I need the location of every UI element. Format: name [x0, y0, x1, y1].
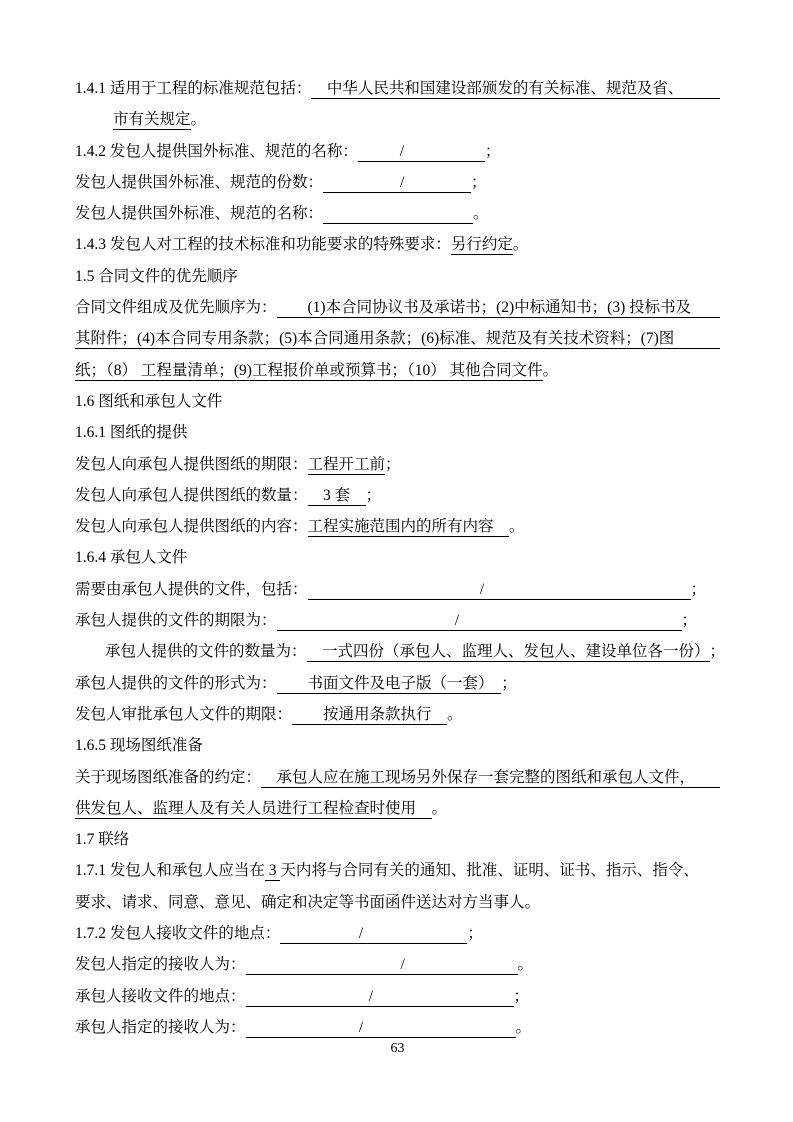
clause-1-5-line3: 纸；（8） 工程量清单；(9)工程报价单或预算书；（10） 其他合同文件。 [75, 352, 720, 383]
text-run: ； [366, 483, 382, 505]
clause-1-4-2-line3: 发包人提供国外标准、规范的名称： 。 [75, 195, 720, 226]
underlined-answer: 3 套 [308, 483, 366, 506]
page-number: 63 [75, 1041, 720, 1057]
text-run: 1.6.4 承包人文件 [75, 545, 187, 567]
text-run: ； [514, 984, 530, 1006]
text-run: 承包人接收文件的地点： [75, 984, 246, 1006]
clause-1-7-2-line1: 1.7.2 发包人接收文件的地点： /； [75, 915, 720, 946]
slash-mark: / [400, 143, 404, 161]
underlined-answer: 供发包人、监理人及有关人员进行工程检查时使用 [75, 796, 432, 819]
underlined-answer: 3 [265, 862, 281, 881]
blank-field: / [280, 925, 467, 944]
clause-1-6-4-line4: 承包人提供的文件的形式为： 书面文件及电子版（一套） ； [75, 665, 720, 696]
clause-1-4-2-line1: 1.4.2 发包人提供国外标准、规范的名称： /； [75, 133, 720, 164]
text-run: 1.6.5 现场图纸准备 [75, 733, 203, 755]
clause-1-6-1-line2: 发包人向承包人提供图纸的数量： 3 套 ； [75, 477, 720, 508]
heading-1-6: 1.6 图纸和承包人文件 [75, 383, 720, 414]
text-run: 1.6 图纸和承包人文件 [75, 389, 222, 411]
underlined-answer: 一式四份（承包人、监理人、发包人、建设单位各一份） [307, 639, 710, 662]
underlined-answer: 市有关规定 [113, 107, 191, 130]
clause-1-5-line1: 合同文件组成及优先顺序为： (1)本合同协议书及承诺书；(2)中标通知书；(3)… [75, 289, 720, 320]
clause-1-6-1-line3: 发包人向承包人提供图纸的内容：工程实施范围内的所有内容 。 [75, 508, 720, 539]
blank-field: / [246, 1019, 516, 1038]
slash-mark: / [455, 612, 459, 630]
clause-1-6-4-line2: 承包人提供的文件的期限为： /； [75, 602, 720, 633]
text-run: ； [691, 577, 707, 599]
text-run: 发包人审批承包人文件的期限： [75, 702, 292, 724]
text-run: 承包人指定的接收人为： [75, 1015, 246, 1037]
text-run: 1.4.3 发包人对工程的技术标准和功能要求的特殊要求： [75, 232, 451, 254]
text-run: 。 [516, 1015, 532, 1037]
text-run: 要求、请求、同意、意见、确定和决定等书面函件送达对方当事人。 [75, 890, 540, 912]
clause-1-6-5-line2: 供发包人、监理人及有关人员进行工程检查时使用 。 [75, 790, 720, 821]
text-run: 1.6.1 图纸的提供 [75, 420, 187, 442]
text-run: 承包人提供的文件的形式为： [75, 671, 277, 693]
text-run: 。 [518, 952, 534, 974]
text-run: 合同文件组成及优先顺序为： [75, 295, 277, 317]
slash-mark: / [401, 956, 405, 974]
blank-field: / [358, 143, 485, 162]
blank-field: / [246, 988, 514, 1007]
text-run: 1.7.1 发包人和承包人应当在 [75, 858, 265, 880]
heading-1-6-4: 1.6.4 承包人文件 [75, 539, 720, 570]
text-run: ； [710, 639, 726, 661]
clause-1-4-1-line2: 市有关规定。 [75, 101, 720, 132]
text-run: 1.7.2 发包人接收文件的地点： [75, 921, 280, 943]
slash-mark: / [369, 988, 373, 1006]
clause-1-6-4-line3: 承包人提供的文件的数量为： 一式四份（承包人、监理人、发包人、建设单位各一份）； [75, 633, 720, 664]
slash-mark: / [359, 925, 363, 943]
text-run: 需要由承包人提供的文件，包括： [75, 577, 308, 599]
text-run: 。 [473, 201, 489, 223]
clause-1-7-1-line1: 1.7.1 发包人和承包人应当在 3 天内将与合同有关的通知、批准、证明、证书、… [75, 852, 720, 883]
slash-mark: / [480, 581, 484, 599]
blank-field: / [308, 581, 691, 600]
text-run: ； [467, 921, 483, 943]
text-run: 关于现场图纸准备的约定： [75, 765, 261, 787]
clause-1-4-2-line2: 发包人提供国外标准、规范的份数： /； [75, 164, 720, 195]
document-body: 1.4.1 适用于工程的标准规范包括： 中华人民共和国建设部颁发的有关标准、规范… [75, 70, 720, 1040]
clause-1-7-2-line2: 发包人指定的接收人为： /。 [75, 946, 720, 977]
underlined-answer: (1)本合同协议书及承诺书；(2)中标通知书；(3) 投标书及 [277, 295, 720, 318]
underlined-answer: 中华人民共和国建设部颁发的有关标准、规范及省、 [311, 76, 720, 99]
clause-1-6-4-line1: 需要由承包人提供的文件，包括： /； [75, 571, 720, 602]
clause-1-5-line2: 其附件；(4)本合同专用条款；(5)本合同通用条款；(6)标准、规范及有关技术资… [75, 320, 720, 351]
clause-1-6-5-line1: 关于现场图纸准备的约定： 承包人应在施工现场另外保存一套完整的图纸和承包人文件， [75, 759, 720, 790]
blank-field: / [246, 956, 518, 975]
text-run: 发包人提供国外标准、规范的份数： [75, 170, 323, 192]
text-run: ； [385, 452, 401, 474]
text-run: 1.5 合同文件的优先顺序 [75, 264, 238, 286]
text-run: 。 [543, 358, 559, 380]
blank-field: / [323, 174, 471, 193]
underlined-answer: 承包人应在施工现场另外保存一套完整的图纸和承包人文件， [261, 765, 720, 788]
text-run: 承包人提供的文件的数量为： [105, 639, 307, 661]
text-run: 。 [432, 796, 448, 818]
text-run: 。 [191, 107, 207, 129]
underlined-answer: 按通用条款执行 [292, 702, 447, 725]
clause-1-4-3: 1.4.3 发包人对工程的技术标准和功能要求的特殊要求：另行约定。 [75, 226, 720, 257]
underlined-answer: 工程开工前 [308, 452, 386, 475]
blank-field: / [277, 612, 682, 631]
text-run: 。 [447, 702, 463, 724]
clause-1-7-2-line4: 承包人指定的接收人为： /。 [75, 1009, 720, 1040]
text-run: 发包人向承包人提供图纸的期限： [75, 452, 308, 474]
text-run: 1.4.1 适用于工程的标准规范包括： [75, 76, 311, 98]
clause-1-7-1-line2: 要求、请求、同意、意见、确定和决定等书面函件送达对方当事人。 [75, 884, 720, 915]
text-run: 1.4.2 发包人提供国外标准、规范的名称： [75, 139, 358, 161]
text-run: 发包人向承包人提供图纸的内容： [75, 514, 308, 536]
heading-1-6-1: 1.6.1 图纸的提供 [75, 414, 720, 445]
text-run: 发包人指定的接收人为： [75, 952, 246, 974]
text-run: ； [485, 139, 501, 161]
text-run: ； [501, 671, 517, 693]
text-run: 发包人提供国外标准、规范的名称： [75, 201, 323, 223]
text-run: ； [682, 608, 698, 630]
text-run: 。 [509, 514, 525, 536]
text-run: 发包人向承包人提供图纸的数量： [75, 483, 308, 505]
underlined-answer: 书面文件及电子版（一套） [277, 671, 502, 694]
heading-1-6-5: 1.6.5 现场图纸准备 [75, 727, 720, 758]
slash-mark: / [400, 174, 404, 192]
underlined-answer: 另行约定 [451, 232, 513, 255]
underlined-answer: 工程实施范围内的所有内容 [308, 514, 510, 537]
heading-1-5: 1.5 合同文件的优先顺序 [75, 258, 720, 289]
blank-field [323, 205, 473, 224]
contract-document-page: 1.4.1 适用于工程的标准规范包括： 中华人民共和国建设部颁发的有关标准、规范… [0, 0, 793, 1122]
clause-1-7-2-line3: 承包人接收文件的地点： /； [75, 978, 720, 1009]
slash-mark: / [359, 1019, 363, 1037]
underlined-answer: 其附件；(4)本合同专用条款；(5)本合同通用条款；(6)标准、规范及有关技术资… [75, 326, 720, 349]
text-run: 。 [513, 232, 529, 254]
clause-1-4-1-line1: 1.4.1 适用于工程的标准规范包括： 中华人民共和国建设部颁发的有关标准、规范… [75, 70, 720, 101]
text-run: 天内将与合同有关的通知、批准、证明、证书、指示、指令、 [280, 858, 699, 880]
underlined-answer: 纸；（8） 工程量清单；(9)工程报价单或预算书；（10） 其他合同文件 [75, 358, 543, 381]
text-run: 承包人提供的文件的期限为： [75, 608, 277, 630]
clause-1-6-4-line5: 发包人审批承包人文件的期限： 按通用条款执行 。 [75, 696, 720, 727]
text-run: ； [471, 170, 487, 192]
heading-1-7: 1.7 联络 [75, 821, 720, 852]
text-run: 1.7 联络 [75, 827, 129, 849]
clause-1-6-1-line1: 发包人向承包人提供图纸的期限：工程开工前； [75, 446, 720, 477]
